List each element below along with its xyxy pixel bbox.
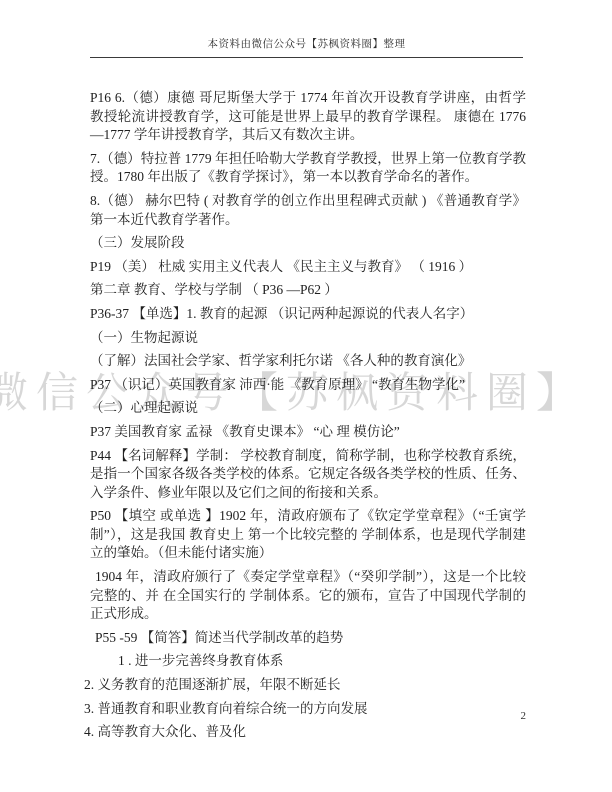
list-item: 2. 义务教育的范围逐渐扩展，年限不断延长 [84, 676, 526, 695]
paragraph: P37 美国教育家 孟禄 《教育史课本》 “心 理 模仿论” [90, 423, 526, 442]
paragraph: （一）生物起源说 [90, 329, 526, 348]
list-item: 4. 高等教育大众化、普及化 [84, 723, 526, 742]
list-item: 3. 普通教育和职业教育向着综合统一的方向发展 [84, 700, 526, 719]
list-item: 1 . 进一步完善终身教育体系 [90, 652, 526, 671]
page-number: 2 [521, 710, 527, 722]
paragraph: 7.（德）特拉普 1779 年担任哈勒大学教育学教授，世界上第一位教育学教授。1… [90, 150, 526, 187]
paragraph: （了解）法国社会学家、哲学家利托尔诺 《各人种的教育演化》 [90, 352, 526, 371]
paragraph: P55 -59 【简答】简述当代学制改革的趋势 [90, 629, 526, 648]
paragraph: P37 （识记）英国教育家 沛西·能 《教育原理》 “教育生物学化” [90, 376, 526, 395]
paragraph: P19 （美） 杜威 实用主义代表人 《民主主义与教育》 （ 1916 ） [90, 258, 526, 277]
paragraph: P36-37 【单选】1. 教育的起源 （识记两种起源说的代表人名字） [90, 305, 526, 324]
paragraph: 1904 年，清政府颁行了《奏定学堂章程》（“癸卯学制”），这是一个比较完整的、… [90, 568, 526, 624]
paragraph: P50 【填空 或单选 】1902 年，清政府颁布了《钦定学堂章程》（“壬寅学制… [90, 507, 526, 563]
paragraph: 8.（德） 赫尔巴特 ( 对教育学的创立作出里程碑式贡献 ) 《普通教育学》 第… [90, 192, 526, 229]
paragraph: P44 【名词解释】学制： 学校教育制度，简称学制，也称学校教育系统，是指一个国… [90, 447, 526, 503]
document-body: P16 6.（德）康德 哥尼斯堡大学于 1774 年首次开设教育学讲座，由哲学教… [90, 58, 526, 742]
paragraph: （三）发展阶段 [90, 234, 526, 253]
document-page: 本资料由微信公众号【苏枫资料圈】整理 微信公众号【苏枫资料圈】 P16 6.（德… [0, 0, 612, 792]
paragraph: P16 6.（德）康德 哥尼斯堡大学于 1774 年首次开设教育学讲座，由哲学教… [90, 89, 526, 145]
page-header: 本资料由微信公众号【苏枫资料圈】整理 [90, 0, 523, 58]
paragraph: 第二章 教育、学校与学制 （ P36 —P62 ） [90, 281, 526, 300]
paragraph: （二）心理起源说 [90, 399, 526, 418]
